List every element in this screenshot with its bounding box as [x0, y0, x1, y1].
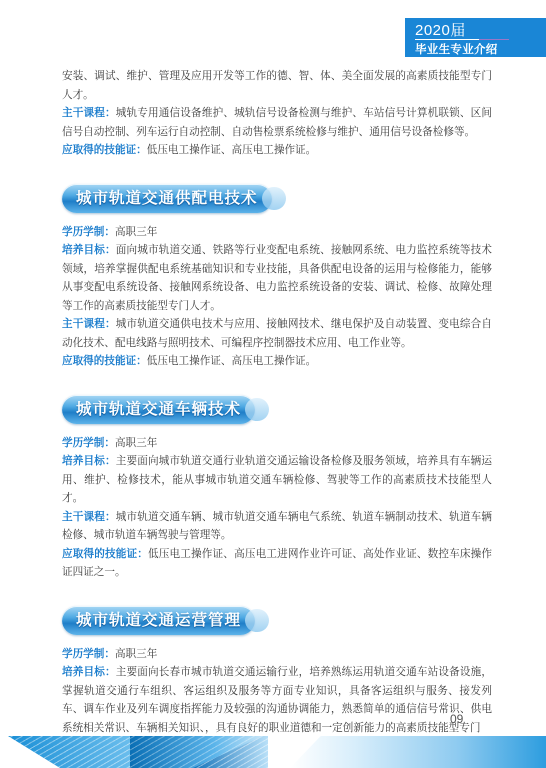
- section-vehicle-tech: 城市轨道交通车辆技术 学历学制：高职三年 培养目标：主要面向城市轨道交通行业轨道…: [62, 371, 492, 582]
- intro-block: 安装、调试、维护、管理及应用开发等工作的德、智、体、美全面发展的高素质技能型专门…: [62, 67, 492, 160]
- header-year: 2020届: [415, 19, 466, 40]
- certs-label: 应取得的技能证：: [62, 355, 147, 367]
- section-title: 城市轨道交通供配电技术: [62, 184, 272, 213]
- certs-label: 应取得的技能证：: [62, 144, 147, 156]
- certs-paragraph: 应取得的技能证：低压电工操作证、高压电工操作证。: [62, 141, 492, 160]
- edu-label: 学历学制：: [62, 437, 115, 449]
- header-banner: 2020届 毕业生专业介绍: [405, 18, 546, 57]
- objective-paragraph: 培养目标：面向城市轨道交通、铁路等行业变配电系统、接触网系统、电力监控系统等技术…: [62, 241, 492, 315]
- section-operations-management: 城市轨道交通运营管理 学历学制：高职三年 培养目标：主要面向长春市城市轨道交通运…: [62, 582, 492, 738]
- objective-paragraph: 培养目标：主要面向城市轨道交通行业轨道交通运输设备检修及服务领域，培养具有车辆运…: [62, 452, 492, 508]
- page-content: 安装、调试、维护、管理及应用开发等工作的德、智、体、美全面发展的高素质技能型专门…: [62, 67, 492, 737]
- courses-paragraph: 主干课程：城市轨道交通车辆、城市轨道交通车辆电气系统、轨道车辆制动技术、轨道车辆…: [62, 508, 492, 545]
- objective-tail: 安装、调试、维护、管理及应用开发等工作的德、智、体、美全面发展的高素质技能型专门…: [62, 67, 492, 104]
- footer-decoration: [0, 736, 546, 768]
- objective-paragraph: 培养目标：主要面向长春市城市轨道交通运输行业，培养熟练运用轨道交通车站设备设施，…: [62, 663, 492, 737]
- objective-label: 培养目标：: [62, 455, 116, 467]
- courses-paragraph: 主干课程：城轨专用通信设备维护、城轨信号设备检测与维护、车站信号计算机联锁、区间…: [62, 104, 492, 141]
- section-title: 城市轨道交通车辆技术: [62, 395, 255, 424]
- footer-gradient-band: [290, 736, 546, 768]
- objective-label: 培养目标：: [62, 244, 116, 256]
- page-number: 09: [450, 712, 463, 726]
- edu-paragraph: 学历学制：高职三年: [62, 434, 492, 453]
- certs-text: 低压电工操作证、高压电工操作证。: [147, 144, 317, 156]
- objective-text: 主要面向长春市城市轨道交通运输行业，培养熟练运用轨道交通车站设备设施，掌握轨道交…: [62, 666, 492, 734]
- courses-text: 城市轨道交通供电技术与应用、接触网技术、继电保护及自动装置、变电综合自动化技术、…: [62, 318, 492, 349]
- edu-paragraph: 学历学制：高职三年: [62, 645, 492, 664]
- courses-label: 主干课程：: [62, 318, 116, 330]
- certs-text: 低压电工操作证、高压电工操作证。: [147, 355, 317, 367]
- certs-paragraph: 应取得的技能证：低压电工操作证、高压电工操作证。: [62, 352, 492, 371]
- edu-label: 学历学制：: [62, 648, 115, 660]
- objective-text: 面向城市轨道交通、铁路等行业变配电系统、接触网系统、电力监控系统等技术领域，培养…: [62, 244, 492, 312]
- certs-paragraph: 应取得的技能证：低压电工操作证、高压电工进网作业许可证、高处作业证、数控车床操作…: [62, 545, 492, 582]
- courses-text: 城轨专用通信设备维护、城轨信号设备检测与维护、车站信号计算机联锁、区间信号自动控…: [62, 107, 492, 138]
- header-divider: [415, 39, 479, 40]
- courses-text: 城市轨道交通车辆、城市轨道交通车辆电气系统、轨道车辆制动技术、轨道车辆检修、城市…: [62, 511, 492, 542]
- section-title: 城市轨道交通运营管理: [62, 606, 255, 635]
- courses-paragraph: 主干课程：城市轨道交通供电技术与应用、接触网技术、继电保护及自动装置、变电综合自…: [62, 315, 492, 352]
- edu-label: 学历学制：: [62, 226, 115, 238]
- edu-text: 高职三年: [115, 226, 157, 238]
- objective-label: 培养目标：: [62, 666, 116, 678]
- courses-label: 主干课程：: [62, 511, 116, 523]
- section-power-supply: 城市轨道交通供配电技术 学历学制：高职三年 培养目标：面向城市轨道交通、铁路等行…: [62, 160, 492, 371]
- header-accent-line: [479, 39, 509, 40]
- objective-text: 主要面向城市轨道交通行业轨道交通运输设备检修及服务领域，培养具有车辆运用、维护、…: [62, 455, 492, 504]
- edu-text: 高职三年: [115, 437, 157, 449]
- header-subtitle: 毕业生专业介绍: [415, 41, 498, 57]
- edu-text: 高职三年: [115, 648, 157, 660]
- courses-label: 主干课程：: [62, 107, 116, 119]
- edu-paragraph: 学历学制：高职三年: [62, 223, 492, 242]
- certs-label: 应取得的技能证：: [62, 548, 148, 560]
